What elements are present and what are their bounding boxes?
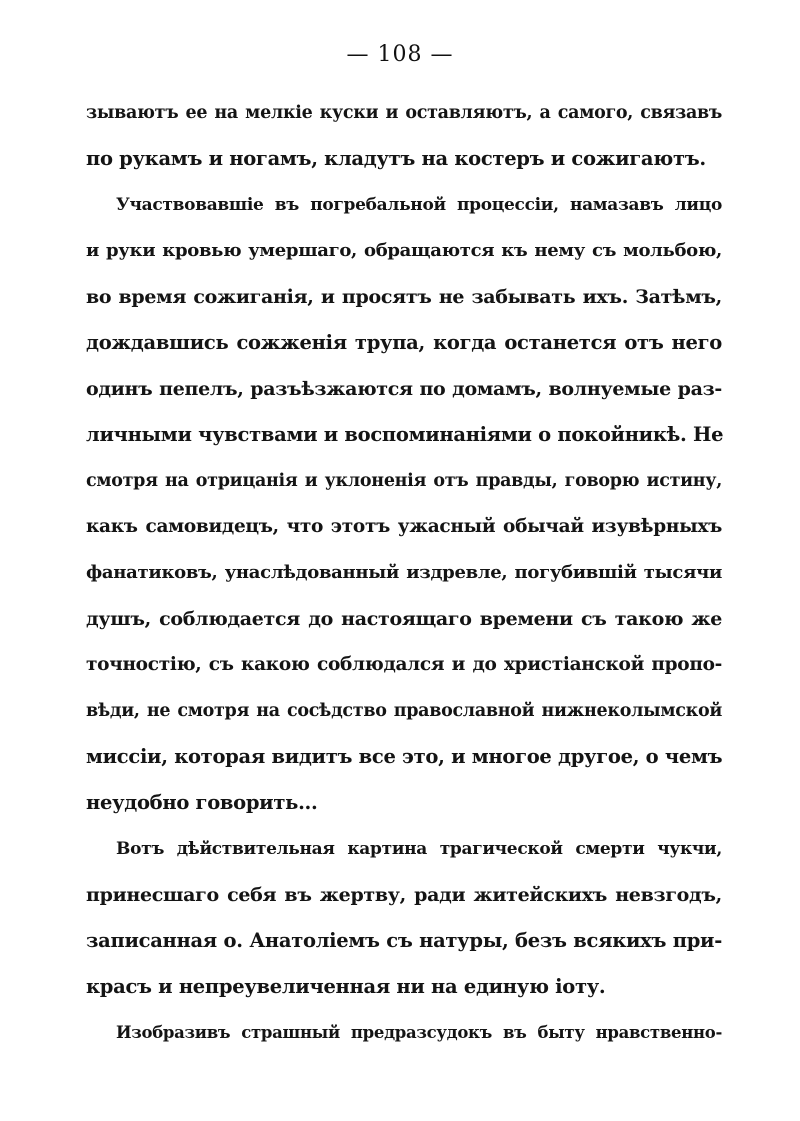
text-line: личными чувствами и воспоминаніями о пок…: [86, 418, 722, 464]
text-line: во время сожиганія, и просятъ не забыват…: [86, 280, 722, 326]
page-number: — 108 —: [0, 42, 800, 67]
text-line: одинъ пепелъ, разъѣзжаются по домамъ, во…: [86, 372, 722, 418]
text-line: миссіи, которая видитъ все это, и многое…: [86, 740, 722, 786]
text-line: записанная о. Анатоліемъ съ натуры, безъ…: [86, 924, 722, 970]
body-text: зываютъ ее на мелкіе куски и оставляютъ,…: [86, 96, 722, 1062]
text-line: красъ и непреувеличенная ни на единую іо…: [86, 970, 722, 1016]
text-line: фанатиковъ, унаслѣдованный издревле, пог…: [86, 556, 722, 602]
book-page: — 108 — зываютъ ее на мелкіе куски и ост…: [0, 0, 800, 1121]
text-line: вѣди, не смотря на сосѣдство православно…: [86, 694, 722, 740]
text-line: принесшаго себя въ жертву, ради житейски…: [86, 878, 722, 924]
text-line: дождавшись сожженія трупа, когда останет…: [86, 326, 722, 372]
text-line: по рукамъ и ногамъ, кладутъ на костеръ и…: [86, 142, 722, 188]
text-line: и руки кровью умершаго, обращаются къ не…: [86, 234, 722, 280]
text-line: точностію, съ какою соблюдался и до хрис…: [86, 648, 722, 694]
text-line: зываютъ ее на мелкіе куски и оставляютъ,…: [86, 96, 722, 142]
text-line: душъ, соблюдается до настоящаго времени …: [86, 602, 722, 648]
text-line: Вотъ дѣйствительная картина трагической …: [86, 832, 722, 878]
text-line: смотря на отрицанія и уклоненія отъ прав…: [86, 464, 722, 510]
text-line: неудобно говорить...: [86, 786, 722, 832]
text-line: Изобразивъ страшный предразсудокъ въ быт…: [86, 1016, 722, 1062]
text-line: какъ самовидецъ, что этотъ ужасный обыча…: [86, 510, 722, 556]
text-line: Участвовавшіе въ погребальной процессіи,…: [86, 188, 722, 234]
